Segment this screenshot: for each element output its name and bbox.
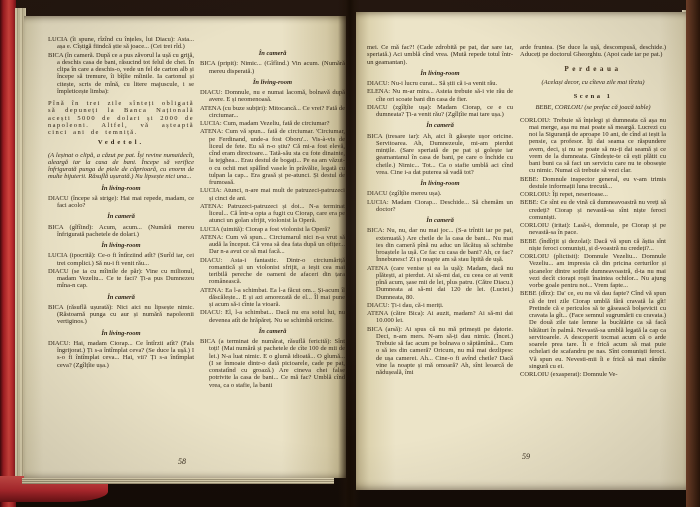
heading-block: În living-room — [200, 79, 345, 86]
left-page-column-2: În camerăBICA (pripit): Nimic... (Gîfîin… — [200, 46, 345, 462]
page-edges-stack-bottom — [22, 478, 334, 484]
dialogue-line: CORLOIU (iritat): Lasă-i, domnule, pe Ci… — [520, 222, 666, 237]
scene-block: Scena 1 — [520, 93, 666, 100]
curtain-block: Perdeaua — [520, 66, 666, 73]
book-cover-left-edge — [0, 0, 16, 507]
dialogue-line: DIACU: El, l-a schimbat... Dacă nu era s… — [200, 309, 345, 324]
dialogue-line: BEBE: Ce sînt eu de vină că dumneavoastr… — [520, 199, 666, 221]
dialogue-line: LUCIA: Atunci, n-are mai mult de patruze… — [200, 187, 345, 202]
heading-block: În cameră — [48, 213, 194, 220]
dialogue-line: BICA (gîfîind): Acum, acum... (Numără me… — [48, 224, 194, 239]
book-cover-right-edge — [686, 0, 700, 507]
heading-block: În cameră — [200, 50, 345, 57]
heading-block: În cameră — [200, 328, 345, 335]
heading-block: În living-room — [48, 185, 194, 192]
dialogue-line: DIACU: Hai, madam Ciorap... Ce întîrzii … — [48, 340, 194, 369]
dialogue-line: ATENA (cu buze subțiri): Mitocancă... Ce… — [200, 105, 345, 120]
heading-block: În cameră — [367, 217, 513, 224]
dialogue-line: DIACU (începe să strige): Hai mai repede… — [48, 195, 194, 210]
dialogue-line: CORLOIU: Îți repet, neserioase... — [520, 191, 666, 198]
dialogue-line: DIACU: Nu-i lucru curat... Să știi că i-… — [367, 80, 513, 87]
dialogue-line: BICA (răsuflă ușurată): Nici aici nu lip… — [48, 304, 194, 326]
dialogue-line: BICA (pripit): Nimic... (Gîfîind.) Vin a… — [200, 60, 345, 75]
dialogue-line: ATENA: Ea l-a schimbat. Ea l-a făcut om.… — [200, 287, 345, 309]
dialogue-line: BICA (în cameră. După ce a pus zăvorul l… — [48, 52, 194, 96]
dialogue-line: DIACU (se ia cu mîinile de păr): Vine cu… — [48, 268, 194, 290]
dialogue-line: DIACU: Ți-i dau, că-i meriți. — [367, 302, 513, 309]
dialogue-line: DIACU: Domnule, nu e numai lacomă, bolna… — [200, 89, 345, 104]
letter-block: Pînă în trei zile sînteți obligată să de… — [48, 100, 194, 136]
dialogue-line: CORLOIU: Trebuie să înțelegi și dumneata… — [520, 117, 666, 175]
heading-block: În cameră — [367, 122, 513, 129]
heading-block: În cameră — [48, 294, 194, 301]
right-page-column-1: mei. Ce mă fac?! (Cade zdrobită pe pat, … — [367, 44, 513, 462]
dialogue-line: ATENA: Cum vă spun... fată de circiumar.… — [200, 128, 345, 186]
left-page-column-1: LUCIA (îi spune, rîzînd cu înțeles, lui … — [48, 36, 194, 460]
heading-block: În living-room — [367, 70, 513, 77]
dialogue-line: BICA: Nu, nu, dar nu mai joc... (S-a trî… — [367, 227, 513, 263]
dialogue-line: DIACU: Asta-i fantastic. Dintr-o circium… — [200, 257, 345, 286]
dialogue-line: DIACU (zgîlțîie ușa): Madam Ciorap, ce e… — [367, 104, 513, 119]
dialogue-line: BICA (arsă): Ai spus că nu mă primești p… — [367, 326, 513, 377]
cstage-block: (Același decor, cu cîteva zile mai tîrzi… — [528, 79, 658, 86]
signature-block: Vedetol. — [48, 139, 194, 146]
dialogue-line: LUCIA: Cum, madam Vezeliu, fată de circi… — [200, 120, 345, 127]
heading-block: În living-room — [367, 180, 513, 187]
dialogue-line: ELENA: Nu m-ar mira... Asteia trebuie să… — [367, 88, 513, 103]
left-page-number: 58 — [178, 457, 186, 466]
dialogue-line: ATENA (către Bica): Ai auzit, madam? Ai … — [367, 310, 513, 325]
dialogue-line: LUCIA (îi spune, rîzînd cu înțeles, lui … — [48, 36, 194, 51]
dialogue-line: CORLOIU (exasperat): Domnule Ve- — [520, 371, 666, 378]
dialogue-line: BEBE (îndîrjit și dezolat): Dacă vă spun… — [520, 238, 666, 253]
dialogue-line: CORLOIU (plictisit): Domnule Vezeliu... … — [520, 253, 666, 289]
dialogue-line: ATENA (care venise și ea la ușă): Madam,… — [367, 265, 513, 301]
dialogue-line: BEBE: Domnule inspector general, eu v-am… — [520, 176, 666, 191]
dialogue-line: ATENA: Cum vă spun... Circiumarul nici n… — [200, 234, 345, 256]
cstage-block: BEBE, CORLOIU (se prefac că joacă table) — [528, 104, 658, 111]
cont-block: arde fruntea. (Se duce la ușă, descompus… — [520, 44, 666, 59]
dialogue-line: BICA (a terminat de numărat, răsuflă fer… — [200, 338, 345, 389]
cont-block: mei. Ce mă fac?! (Cade zdrobită pe pat, … — [367, 44, 513, 66]
dialogue-line: BEBE (dîrz): Da' ce, eu nu vă dau fapte?… — [520, 290, 666, 370]
right-page-number: 59 — [522, 452, 530, 461]
right-page-column-2: arde fruntea. (Se duce la ușă, descompus… — [520, 44, 666, 468]
dialogue-line: DIACU (zgîlțîie mereu ușa). — [367, 190, 513, 197]
book-scan: { "colors": { "cover_red": "#c02a2e", "p… — [0, 0, 700, 507]
dialogue-line: BICA (tresare iar): Ah, aici îi găsește … — [367, 133, 513, 177]
dialogue-line: ATENA: Patruzeci-patruzeci și doi... N-a… — [200, 203, 345, 225]
stage-block: (A leșinat o clipă, a căzut pe pat. Își … — [48, 152, 194, 181]
dialogue-line: LUCIA (ipocrită): Ce-o fi întîrziind atî… — [48, 252, 194, 267]
dialogue-line: LUCIA (uimită): Ciorap a fost violonist … — [200, 226, 345, 233]
dialogue-line: LUCIA: Madam Ciorap... Deschide... Să ch… — [367, 199, 513, 214]
heading-block: În living-room — [48, 330, 194, 337]
heading-block: În living-room — [48, 242, 194, 249]
